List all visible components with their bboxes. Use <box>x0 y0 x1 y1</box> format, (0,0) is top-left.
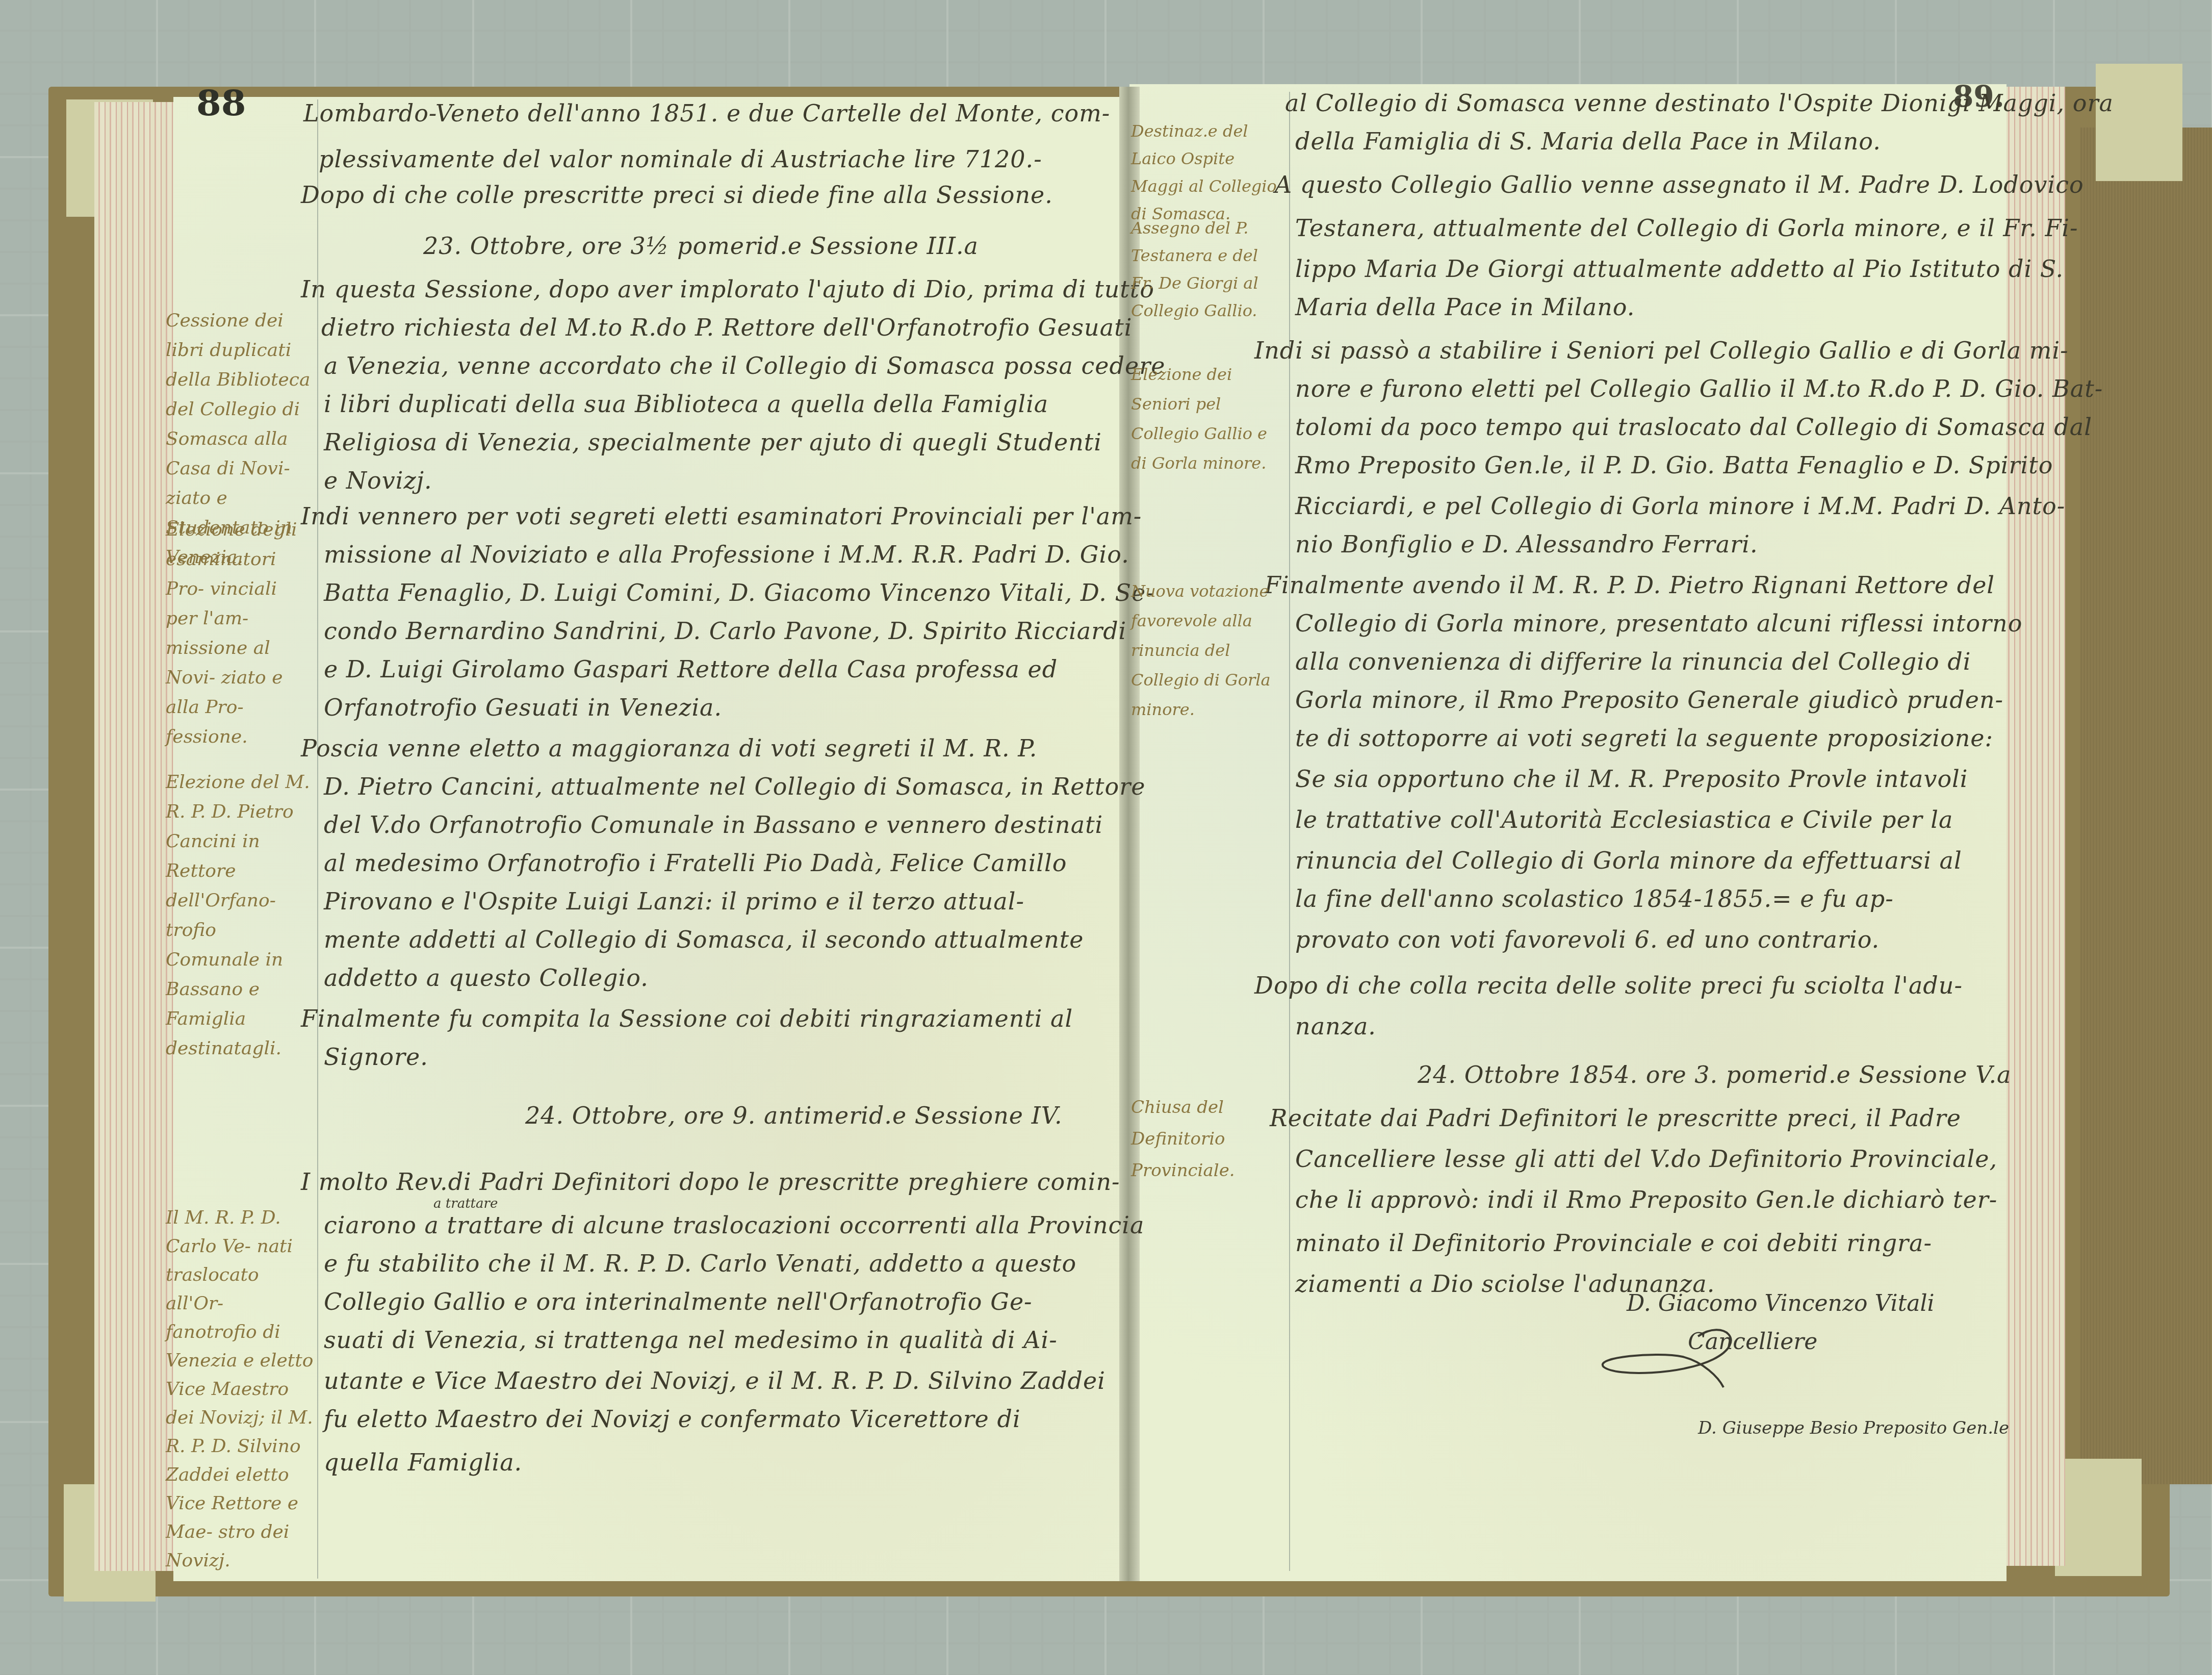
text-line: Signore. <box>324 1043 428 1071</box>
text-line: Gorla minore, il Rmo Preposito Generale … <box>1295 686 2003 714</box>
text-line: minato il Definitorio Provinciale e coi … <box>1295 1229 1932 1257</box>
session-heading: 23. Ottobre, ore 3½ pomerid.e Sessione I… <box>423 232 979 260</box>
text-line: Batta Fenaglio, D. Luigi Comini, D. Giac… <box>324 579 1154 606</box>
text-line: le trattative coll'Autorità Ecclesiastic… <box>1295 806 1953 833</box>
text-line: lippo Maria De Giorgi attualmente addett… <box>1295 255 2064 283</box>
text-line: Indi vennero per voti segreti eletti esa… <box>301 502 1142 530</box>
text-line: te di sottoporre ai voti segreti la segu… <box>1295 724 1993 752</box>
margin-note: Nuova votazione favorevole alla rinuncia… <box>1131 576 1284 724</box>
right-fore-edge <box>2004 87 2065 1566</box>
text-line: I molto Rev.di Padri Definitori dopo le … <box>301 1168 1120 1196</box>
vellum-corner-bottom-right <box>2055 1459 2142 1576</box>
interlinear-insertion: a trattare <box>433 1196 498 1211</box>
margin-note: Chiusa del Definitorio Provinciale. <box>1131 1092 1284 1186</box>
left-page-margin-rule <box>317 99 318 1579</box>
text-line: nore e furono eletti pel Collegio Gallio… <box>1295 375 2103 402</box>
text-line: Collegio di Gorla minore, presentato alc… <box>1295 610 2022 637</box>
text-line: che li approvò: indi il Rmo Preposito Ge… <box>1295 1186 1997 1213</box>
text-line: fu eletto Maestro dei Novizj e confermat… <box>324 1405 1021 1433</box>
text-line: Finalmente avendo il M. R. P. D. Pietro … <box>1265 571 1995 599</box>
text-line: ciarono a trattare di alcune traslocazio… <box>324 1211 1145 1239</box>
text-line: Dopo di che colla recita delle solite pr… <box>1254 972 1963 999</box>
text-line: D. Pietro Cancini, attualmente nel Colle… <box>324 773 1145 800</box>
text-line: Pirovano e l'Ospite Luigi Lanzi: il prim… <box>324 887 1024 915</box>
text-line: Se sia opportuno che il M. R. Preposito … <box>1295 765 1968 793</box>
text-line: In questa Sessione, dopo aver implorato … <box>301 275 1154 303</box>
text-line: del V.do Orfanotrofio Comunale in Bassan… <box>324 811 1103 839</box>
vellum-corner-top-right <box>2096 64 2182 181</box>
text-line: della Famiglia di S. Maria della Pace in… <box>1295 128 1881 155</box>
text-line: Poscia venne eletto a maggioranza di vot… <box>301 734 1037 762</box>
text-line: i libri duplicati della sua Biblioteca a… <box>324 390 1048 418</box>
margin-note: Destinaz.e del Laico Ospite Maggi al Col… <box>1131 117 1284 227</box>
session-heading: 24. Ottobre 1854. ore 3. pomerid.e Sessi… <box>1418 1061 2011 1088</box>
text-line: e Novizj. <box>324 467 432 494</box>
left-page-number: 88 <box>196 82 246 124</box>
margin-note: Elezione degli esaminatori Pro- vinciali… <box>166 515 314 752</box>
text-line: tolomi da poco tempo qui traslocato dal … <box>1295 413 2092 441</box>
text-line: Indi si passò a stabilire i Seniori pel … <box>1254 337 2069 364</box>
text-line: addetto a questo Collegio. <box>324 964 649 992</box>
right-page-margin-rule <box>1289 92 1290 1571</box>
general-signature: D. Giuseppe Besio Preposito Gen.le <box>1698 1418 2009 1438</box>
text-line: al medesimo Orfanotrofio i Fratelli Pio … <box>324 849 1067 877</box>
text-line: la fine dell'anno scolastico 1854-1855.=… <box>1295 885 1894 912</box>
text-line: plessivamente del valor nominale di Aust… <box>319 145 1042 173</box>
left-fore-edge <box>94 102 176 1571</box>
margin-note: Assegno del P. Testanera e del Fr. De Gi… <box>1131 214 1284 324</box>
text-line: missione al Noviziato e alla Professione… <box>324 541 1129 568</box>
text-line: mente addetti al Collegio di Somasca, il… <box>324 926 1084 953</box>
text-line: Testanera, attualmente del Collegio di G… <box>1295 214 2078 242</box>
text-line: nanza. <box>1295 1012 1376 1040</box>
text-line: Dopo di che colle prescritte preci si di… <box>301 181 1053 209</box>
text-line: Collegio Gallio e ora interinalmente nel… <box>324 1288 1033 1315</box>
margin-note: Il M. R. P. D. Carlo Ve- nati traslocato… <box>166 1204 314 1575</box>
text-line: alla convenienza di differire la rinunci… <box>1295 648 1971 675</box>
text-line: Finalmente fu compita la Sessione coi de… <box>301 1005 1073 1032</box>
text-line: a Venezia, venne accordato che il Colleg… <box>324 352 1165 379</box>
text-line: suati di Venezia, si trattenga nel medes… <box>324 1326 1058 1354</box>
text-line: Ricciardi, e pel Collegio di Gorla minor… <box>1295 492 2065 520</box>
margin-note: Elezione dei Seniori pel Collegio Gallio… <box>1131 360 1284 478</box>
text-line: rinuncia del Collegio di Gorla minore da… <box>1295 847 1962 874</box>
text-line: Rmo Preposito Gen.le, il P. D. Gio. Batt… <box>1295 451 2053 479</box>
text-line: provato con voti favorevoli 6. ed uno co… <box>1295 926 1880 953</box>
text-line: Lombardo-Veneto dell'anno 1851. e due Ca… <box>303 99 1110 127</box>
text-line: e fu stabilito che il M. R. P. D. Carlo … <box>324 1250 1076 1277</box>
text-line: e D. Luigi Girolamo Gaspari Rettore dell… <box>324 655 1058 683</box>
text-line: Religiosa di Venezia, specialmente per a… <box>324 428 1102 456</box>
text-line: Orfanotrofio Gesuati in Venezia. <box>324 694 722 721</box>
text-line: dietro richiesta del M.to R.do P. Rettor… <box>321 314 1132 341</box>
text-line: utante e Vice Maestro dei Novizj, e il M… <box>324 1367 1105 1394</box>
margin-note: Elezione del M. R. P. D. Pietro Cancini … <box>166 768 314 1063</box>
book-cover-right-board <box>2080 128 2212 1484</box>
text-line: nio Bonfiglio e D. Alessandro Ferrari. <box>1295 530 1758 558</box>
signature-flourish <box>1596 1321 1749 1398</box>
text-line: quella Famiglia. <box>324 1449 522 1476</box>
session-heading: 24. Ottobre, ore 9. antimerid.e Sessione… <box>525 1102 1063 1129</box>
chancellor-signature-name: D. Giacomo Vincenzo Vitali <box>1627 1290 1935 1316</box>
text-line: A questo Collegio Gallio venne assegnato… <box>1275 171 2084 198</box>
text-line: Cancelliere lesse gli atti del V.do Defi… <box>1295 1145 1997 1173</box>
text-line: Maria della Pace in Milano. <box>1295 293 1635 321</box>
text-line: condo Bernardino Sandrini, D. Carlo Pavo… <box>324 617 1126 645</box>
text-line: al Collegio di Somasca venne destinato l… <box>1285 89 2114 117</box>
text-line: Recitate dai Padri Definitori le prescri… <box>1270 1104 1961 1132</box>
